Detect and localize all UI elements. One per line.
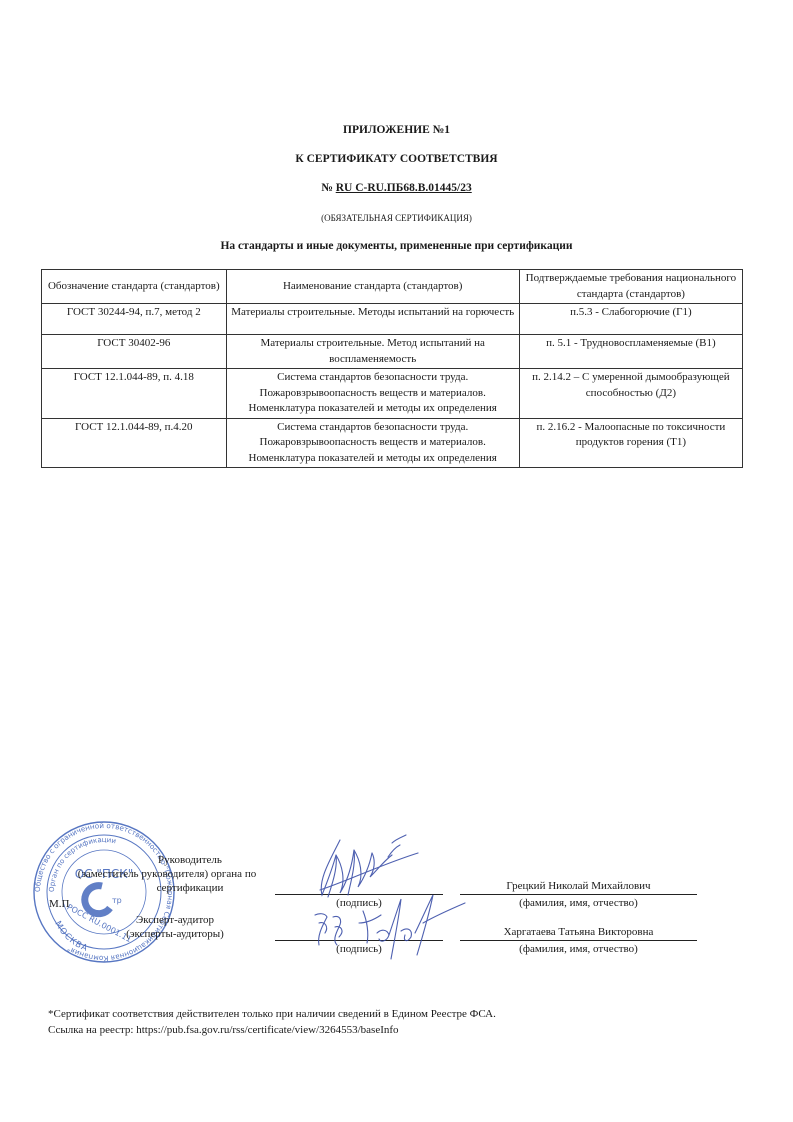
- expert-signature-icon: [305, 893, 475, 963]
- cell-designation: ГОСТ 30402-96: [42, 335, 227, 369]
- certification-type: (ОБЯЗАТЕЛЬНАЯ СЕРТИФИКАЦИЯ): [0, 213, 793, 223]
- head-role-line3: сертификации: [110, 881, 270, 895]
- standards-table: Обозначение стандарта (стандартов) Наиме…: [41, 269, 743, 468]
- expert-name-caption: (фамилия, имя, отчество): [460, 942, 697, 956]
- cell-name: Система стандартов безопасности труда. П…: [226, 418, 519, 468]
- cell-requirement: п. 2.14.2 – С умеренной дымообразующей с…: [519, 369, 742, 419]
- cell-requirement: п.5.3 - Слабогорючие (Г1): [519, 304, 742, 335]
- section-title: На стандарты и иные документы, примененн…: [0, 240, 793, 252]
- expert-name-line: [460, 940, 697, 941]
- header-name: Наименование стандарта (стандартов): [226, 270, 519, 304]
- svg-text:тр: тр: [112, 896, 122, 905]
- seal-label: М.П: [49, 897, 69, 911]
- table-header-row: Обозначение стандарта (стандартов) Наиме…: [42, 270, 743, 304]
- table-row: ГОСТ 12.1.044-89, п.4.20 Система стандар…: [42, 418, 743, 468]
- cell-requirement: п. 2.16.2 - Малоопасные по токсичности п…: [519, 418, 742, 468]
- cell-designation: ГОСТ 12.1.044-89, п.4.20: [42, 418, 227, 468]
- expert-role-line1: Эксперт-аудитор: [95, 913, 255, 927]
- cell-name: Система стандартов безопасности труда. П…: [226, 369, 519, 419]
- table-row: ГОСТ 30402-96 Материалы строительные. Ме…: [42, 335, 743, 369]
- footer-note-block: *Сертификат соответствия действителен то…: [48, 1006, 496, 1038]
- cell-requirement: п. 5.1 - Трудновоспламеняемые (В1): [519, 335, 742, 369]
- head-name-line: [460, 894, 697, 895]
- validity-note: *Сертификат соответствия действителен то…: [48, 1006, 496, 1022]
- table-row: ГОСТ 12.1.044-89, п. 4.18 Система станда…: [42, 369, 743, 419]
- registry-link-label: Ссылка на реестр:: [48, 1024, 133, 1036]
- table-row: ГОСТ 30244-94, п.7, метод 2 Материалы ст…: [42, 304, 743, 335]
- cell-designation: ГОСТ 12.1.044-89, п. 4.18: [42, 369, 227, 419]
- certificate-number-line: № RU C-RU.ПБ68.В.01445/23: [0, 182, 793, 194]
- expert-role-line2: (эксперты-аудиторы): [95, 927, 255, 941]
- registry-link-line: Ссылка на реестр: https://pub.fsa.gov.ru…: [48, 1022, 496, 1038]
- cell-name: Материалы строительные. Метод испытаний …: [226, 335, 519, 369]
- cell-name: Материалы строительные. Методы испытаний…: [226, 304, 519, 335]
- head-name-caption: (фамилия, имя, отчество): [460, 896, 697, 910]
- number-prefix: №: [321, 182, 333, 194]
- expert-name: Харгатаева Татьяна Викторовна: [460, 925, 697, 939]
- document-subtitle: К СЕРТИФИКАТУ СООТВЕТСТВИЯ: [0, 153, 793, 165]
- registry-link[interactable]: https://pub.fsa.gov.ru/rss/certificate/v…: [136, 1024, 398, 1036]
- head-role-line2: (заместитель руководителя) органа по: [62, 867, 272, 881]
- header-requirement: Подтверждаемые требования национального …: [519, 270, 742, 304]
- document-title: ПРИЛОЖЕНИЕ №1: [0, 124, 793, 136]
- head-role-line1: Руководитель: [110, 853, 270, 867]
- cell-designation: ГОСТ 30244-94, п.7, метод 2: [42, 304, 227, 335]
- header-designation: Обозначение стандарта (стандартов): [42, 270, 227, 304]
- head-name: Грецкий Николай Михайлович: [460, 879, 697, 893]
- certificate-number: RU C-RU.ПБ68.В.01445/23: [336, 182, 472, 194]
